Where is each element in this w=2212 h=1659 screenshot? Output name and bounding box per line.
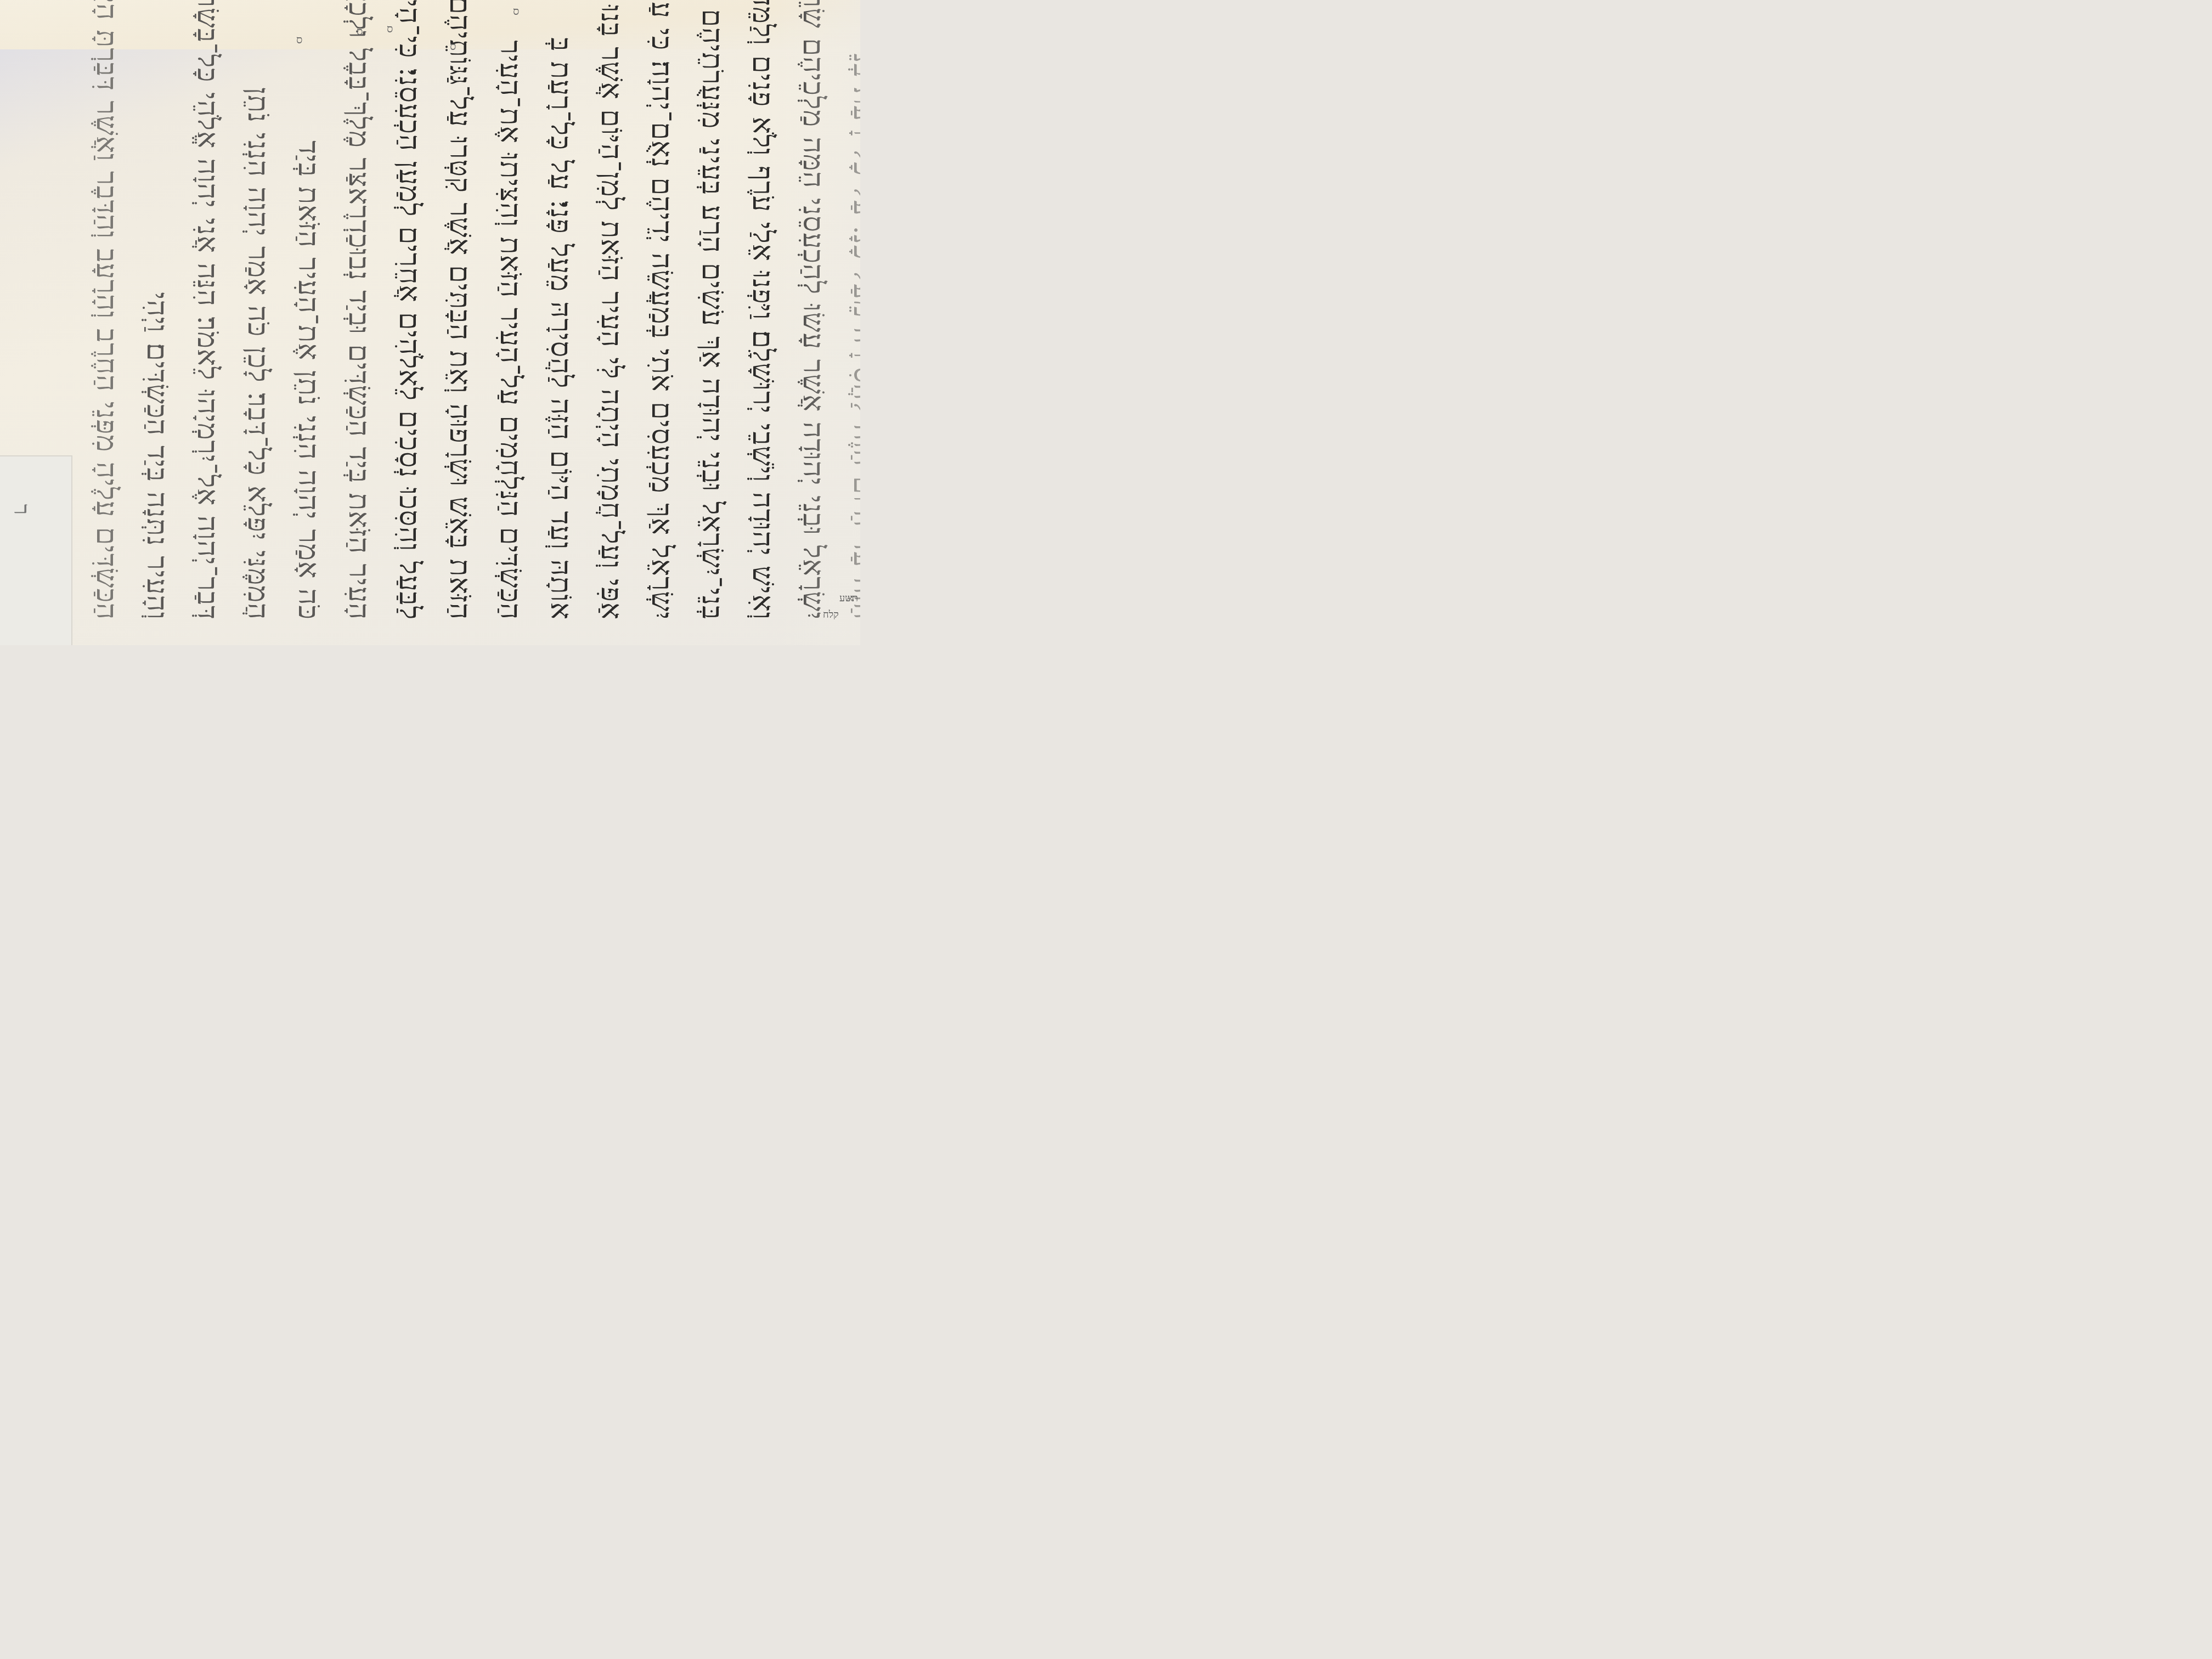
text-line: הֲמִמֶּנִּי יִפָּלֵא כָּל־דָּבָר׃ לָכֵן …: [233, 27, 283, 620]
text-line: לַבַּעַל וְהִסִּכוּ נְסָכִים לֵאלֹהִים א…: [384, 27, 435, 620]
section-marker: ס: [387, 22, 393, 36]
text-line: הַכַּשְׂדִּים עָלֶיהָ מִפְּנֵי הַחֶרֶב ו…: [81, 27, 132, 620]
text-line: כֹּה אָמַר יְהוָה הִנְנִי נֹתֵן אֶת־הָעִ…: [283, 27, 334, 620]
section-marker: ס: [450, 39, 456, 53]
text-line: יִשְׂרָאֵל אַךְ מַכְעִסִים אֹתִי בְּמַעֲ…: [636, 27, 687, 620]
text-line: הַכַּשְׂדִּים הַנִּלְחָמִים עַל־הָעִיר ה…: [485, 27, 535, 620]
margin-note: תשע: [839, 592, 858, 604]
bookmark-card: [0, 455, 72, 645]
text-line: דְּבַר־יְהוָה אֶל־יִרְמְיָהוּ לֵאמֹר׃ הִ…: [182, 27, 233, 620]
text-line: וְהָעִיר נִתְּנָה בְּיַד הַכַּשְׂדִּים׃ …: [132, 27, 182, 620]
section-marker: ס: [296, 33, 302, 47]
margin-note: קלח: [823, 609, 839, 620]
scripture-page: הַזֶּה עַד הַיּוֹם הַזֶּה לַהֲסִירָהּ מֵ…: [77, 27, 860, 620]
text-line: אוֹתָהּ וְעַד הַיּוֹם הַזֶּה לַהֲסִירָהּ…: [535, 27, 586, 620]
text-line: אַפִּי וְעַל־חֲמָתִי הָיְתָה לִּי הָעִיר…: [586, 27, 636, 620]
text-line: בְּנֵי־יִשְׂרָאֵל וּבְנֵי יְהוּדָה אַךְ …: [687, 27, 737, 620]
text-line: הַזֹּאת בָּאֵשׁ וּשְׂרָפוּהָ וְאֵת הַבָּ…: [435, 27, 485, 620]
section-marker: ס: [357, 25, 363, 38]
text-line: הָעִיר הַזֹּאת בְּיַד הַכַּשְׂדִּים וּבְ…: [334, 27, 384, 620]
bookmark-card-glyph: ﬧ: [9, 504, 35, 515]
section-marker: ס: [513, 4, 519, 18]
page-shadow: [772, 0, 860, 645]
